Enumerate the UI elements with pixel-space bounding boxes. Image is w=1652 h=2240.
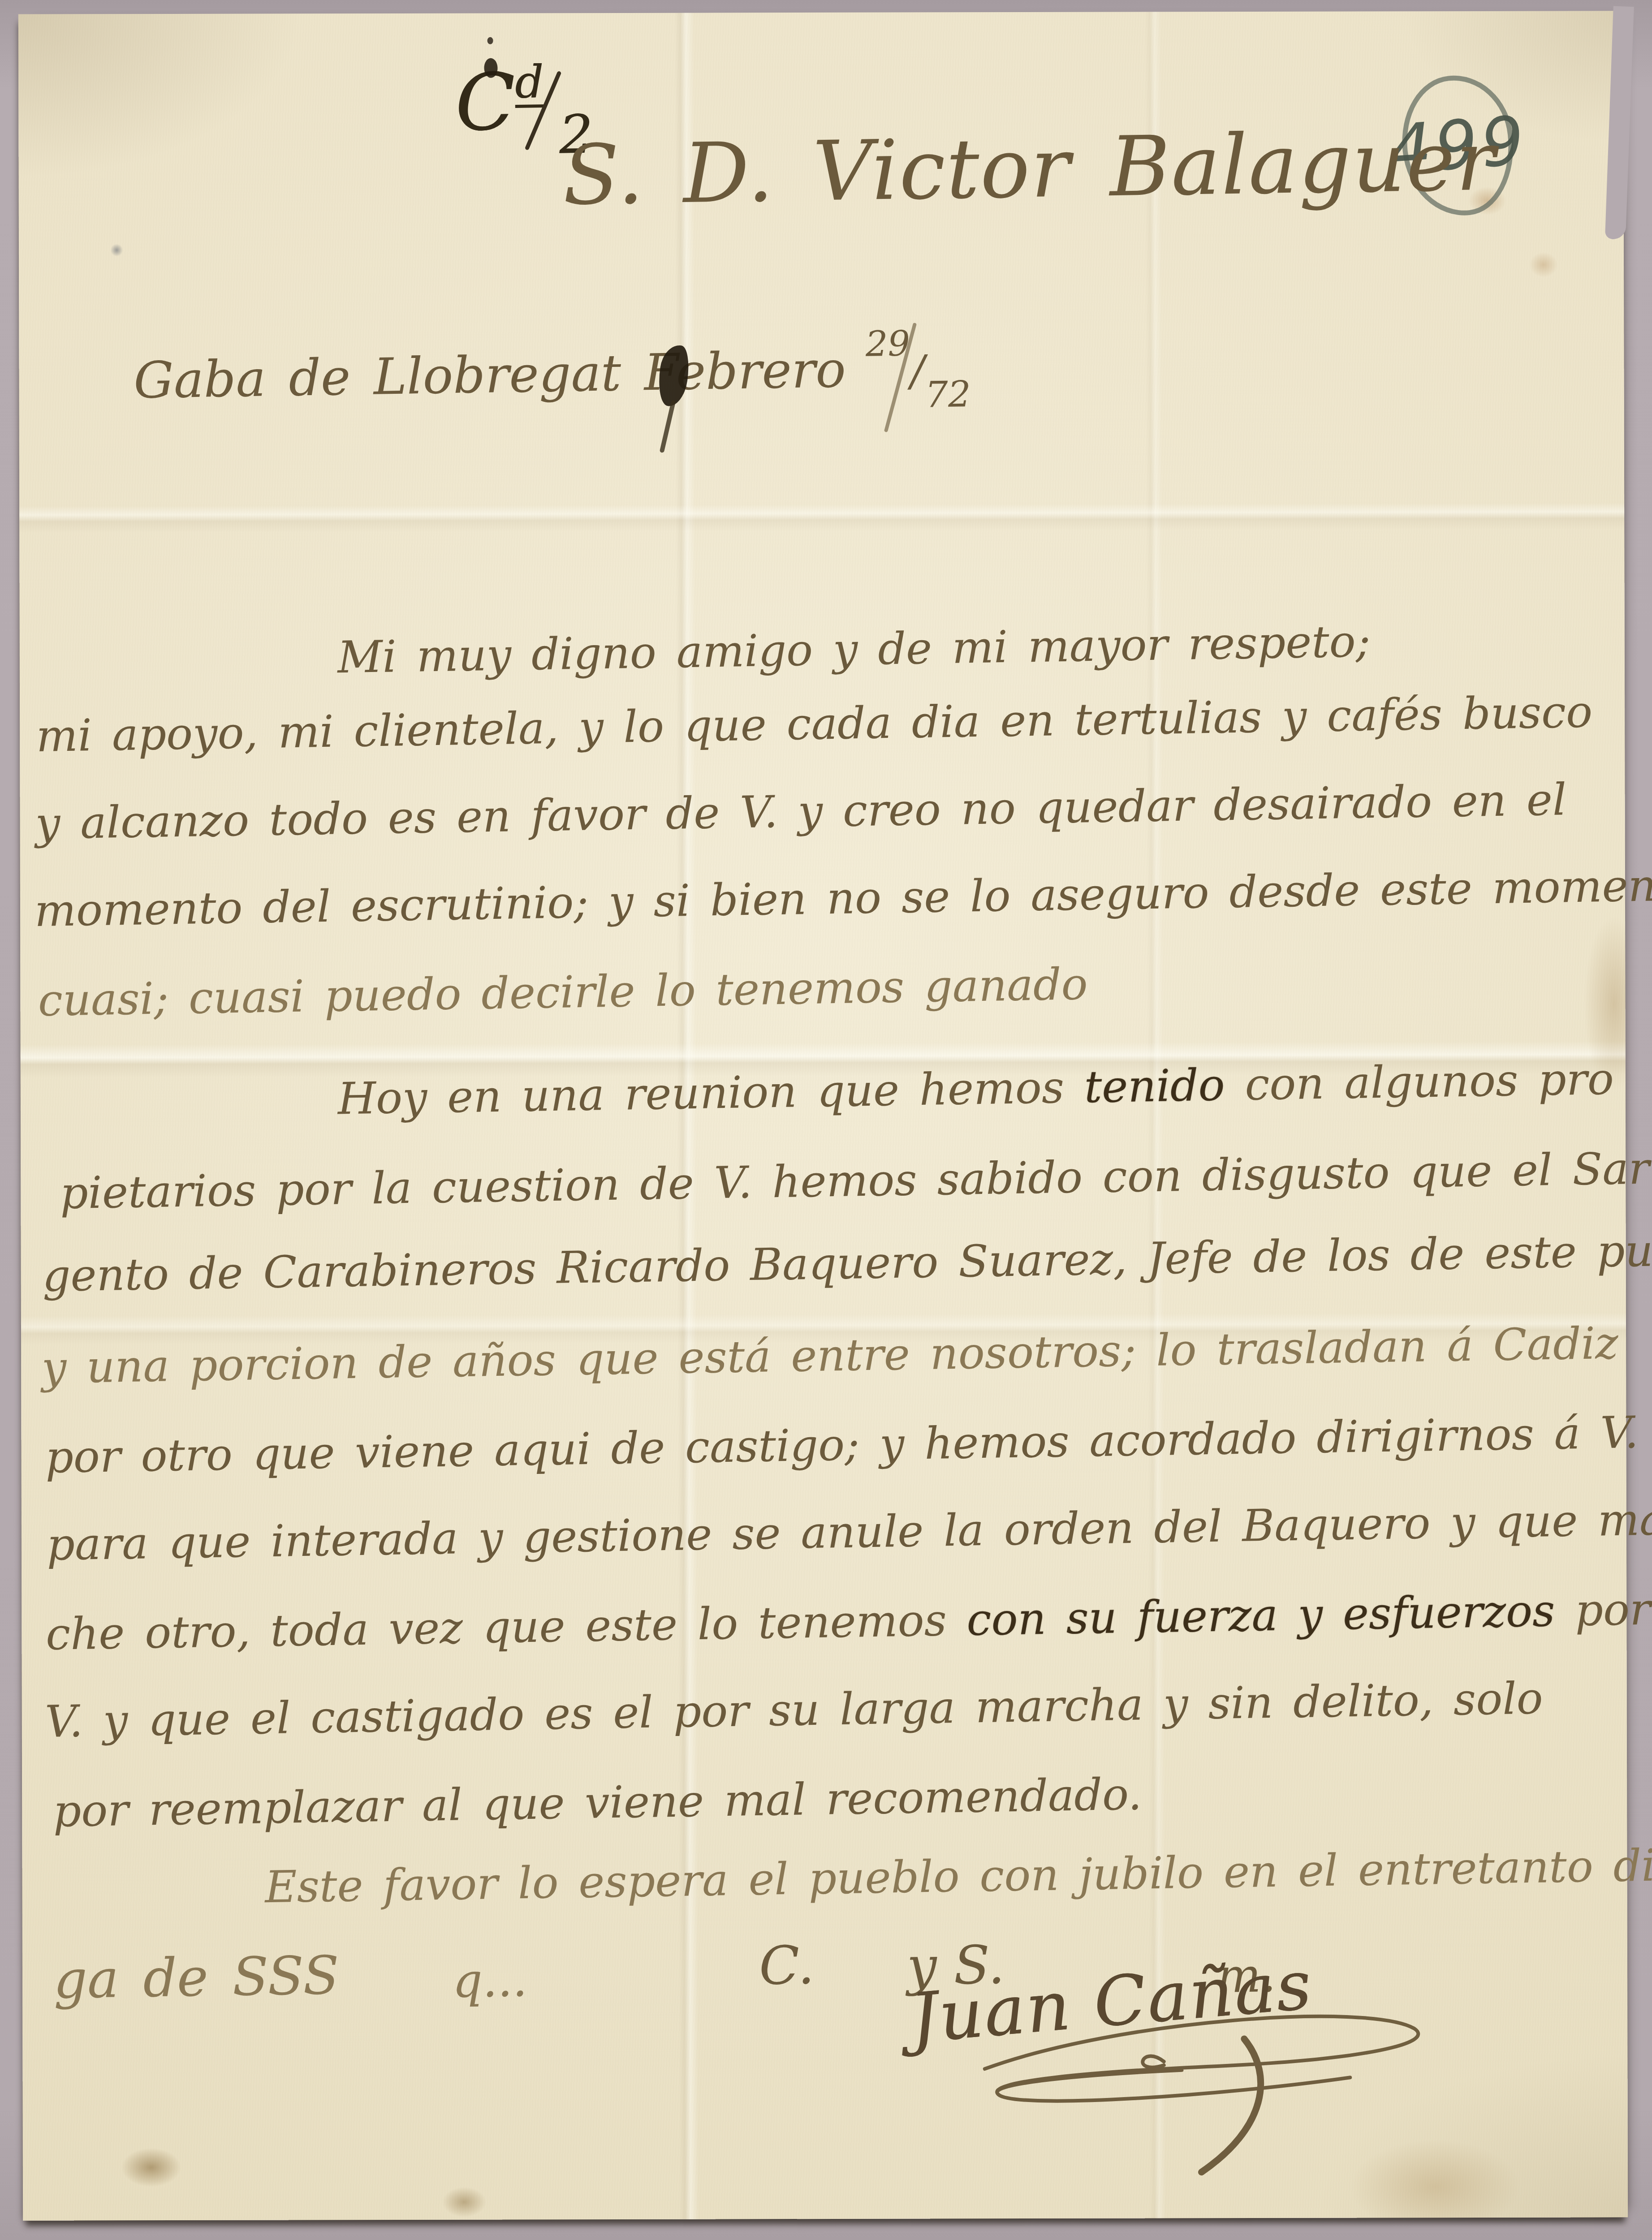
signature-rubric (930, 1994, 1448, 2182)
body-line: por reemplazar al que viene mal recomend… (53, 1772, 1142, 1833)
body-line: pietarios por la cuestion de V. hemos sa… (60, 1146, 1650, 1215)
body-line: Hoy en una reunion que hemos tenido con … (337, 1057, 1614, 1121)
body-text: por (1554, 1584, 1651, 1637)
body-line: gento de Carabineros Ricardo Baquero Sua… (42, 1228, 1652, 1298)
closing-abbreviation-q: q... (452, 1956, 528, 2005)
body-line: y una porcion de años que está entre nos… (41, 1322, 1618, 1390)
body-text: Hoy en una reunion que hemos (337, 1062, 1085, 1124)
body-line: Este favor lo espera el pueblo con jubil… (264, 1842, 1652, 1909)
ink-dot (484, 58, 498, 78)
body-line: cuasi; cuasi puedo decirle lo tenemos ga… (38, 962, 1088, 1023)
body-line: che otro, toda vez que este lo tenemos c… (46, 1588, 1651, 1657)
body-line: por otro que viene aqui de castigo; y he… (45, 1411, 1639, 1480)
body-line: Mi muy digno amigo y de mi mayor respeto… (337, 620, 1371, 680)
dateline-place: Gaba de Llobregat Febrero (133, 340, 846, 410)
body-line: para que interada y gestione se anule la… (46, 1497, 1652, 1567)
closing-abbreviation-c: C. (759, 1938, 815, 1992)
date-year: 72 (925, 373, 971, 416)
corner-mark-superscript: d (514, 60, 544, 108)
body-line: V. y que el castigado es el por su larga… (45, 1676, 1544, 1744)
emphasized-word: tenido (1084, 1060, 1225, 1113)
body-line: momento del escrutinio; y si bien no se … (34, 863, 1652, 933)
ink-dot (487, 37, 493, 44)
date-fraction: 29/72 (866, 341, 971, 401)
ink-blot-tail (660, 400, 676, 453)
date-slash: / (910, 346, 925, 396)
handwriting-layer: Cd2 S. D. Victor Balaguer Gaba de Llobre… (0, 0, 1652, 2240)
emphasized-phrase: con su fuerza y esfuerzos (966, 1585, 1556, 1646)
body-line: mi apoyo, mi clientela, y lo que cada di… (36, 690, 1593, 758)
body-line: ga de SSS (53, 1949, 339, 2006)
scan-background: { "document": { "archive_number": "499",… (0, 0, 1652, 2240)
body-text: con algunos pro (1225, 1054, 1614, 1111)
body-text: che otro, toda vez que este lo tenemos (45, 1595, 967, 1660)
salutation: S. D. Victor Balaguer (562, 120, 1497, 217)
dateline: Gaba de Llobregat Febrero29/72 (133, 341, 970, 413)
body-line: y alcanzo todo es en favor de V. y creo … (35, 778, 1567, 846)
